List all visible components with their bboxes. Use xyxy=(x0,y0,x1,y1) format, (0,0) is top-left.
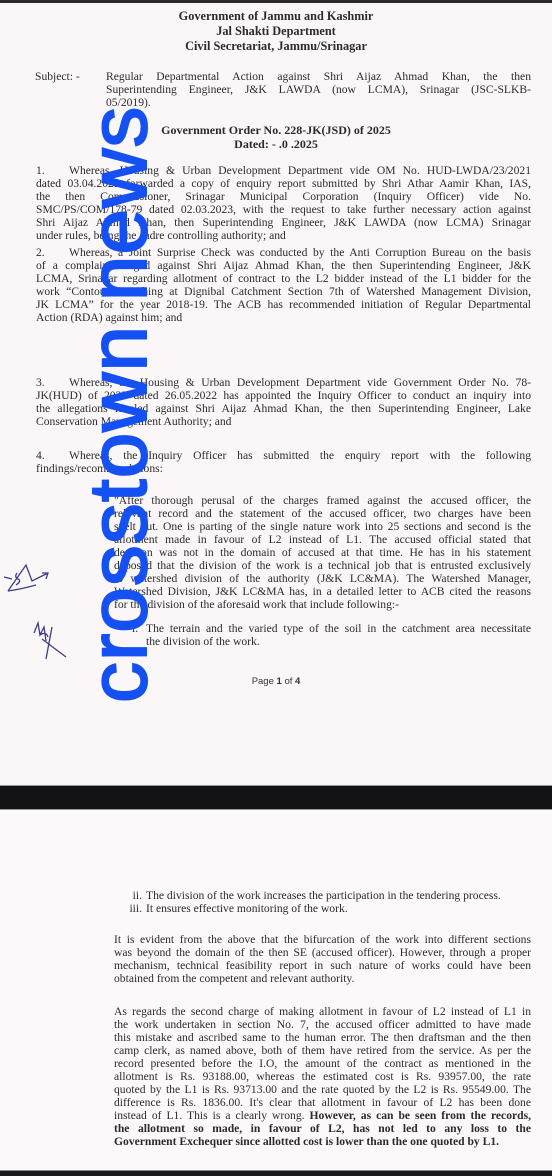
quote-line: It is evident from the above that the bi… xyxy=(114,933,531,946)
quote-text: instead of L1. This is a clearly wrong. xyxy=(114,1109,310,1122)
quote-line: the work undertaken in section No. 7, th… xyxy=(114,1018,531,1031)
document-page-1: Government of Jammu and Kashmir Jal Shak… xyxy=(0,3,552,785)
quote-line: was beyond the domain of the then SE (ac… xyxy=(114,946,531,959)
quote-line: As regards the second charge of making a… xyxy=(114,1005,531,1018)
quote-line: Watershed Division, J&K LC&MA has, in a … xyxy=(114,585,531,598)
quote-line: allotment is Rs. 93188.00, whereas the e… xyxy=(114,1070,531,1083)
quote-bold-line: the allotment so made, in favour of L2, … xyxy=(114,1122,531,1135)
quote-bold-line: Government Exchequer since allotted cost… xyxy=(114,1135,531,1148)
reason-marker: iii. xyxy=(118,902,142,915)
quote-line: quoted by the L1 is Rs. 93713.00 and the… xyxy=(114,1083,531,1096)
reason-line: The terrain and the varied type of the s… xyxy=(146,622,531,635)
quote-line: for the division of the aforesaid work t… xyxy=(114,598,531,611)
quote-line: deposed that the division of the work is… xyxy=(114,559,531,572)
paragraph-number: 1. xyxy=(36,164,45,177)
crosstown-news-watermark: crosstown news xyxy=(78,106,160,703)
paragraph-number: 4. xyxy=(36,449,45,462)
quote-line: to watershed division of the authority (… xyxy=(114,572,531,585)
subject-line: Regular Departmental Action against Shri… xyxy=(106,70,531,83)
reason-line: The division of the work increases the p… xyxy=(146,889,501,902)
quote-line: this mistake and ascribed same to the hu… xyxy=(114,1031,531,1044)
quote-line: allotment made in favour of L2 instead o… xyxy=(114,533,531,546)
quote-bold-text: However, as can be seen from the records… xyxy=(310,1109,531,1122)
document-page-2: ii.The division of the work increases th… xyxy=(0,810,552,1170)
quote-line: mechanism, technical feasibility report … xyxy=(114,959,531,972)
quote-line: difference is Rs. 1836.00. It's clear th… xyxy=(114,1096,531,1109)
paragraph-number: 2. xyxy=(36,246,45,259)
quote-line: obtained from the competent and relevant… xyxy=(114,972,531,985)
quote-line: "After thorough perusal of the charges f… xyxy=(114,494,531,507)
paragraph-number: 3. xyxy=(36,376,45,389)
quote-line: camp clerk, as named above, both of them… xyxy=(114,1044,531,1057)
quote-line: record presented before the I.O, the amo… xyxy=(114,1057,531,1070)
quote-line: instead of L1. This is a clearly wrong. … xyxy=(114,1109,531,1122)
subject-line: Superintending Engineer, J&K LAWDA (now … xyxy=(106,83,531,96)
quote-line: spelt out. One is parting of the single … xyxy=(114,520,531,533)
reason-marker: ii. xyxy=(118,889,142,902)
handwritten-initials-mark xyxy=(2,559,54,599)
quote-line: relevant record and the statement of the… xyxy=(114,507,531,520)
header-government: Government of Jammu and Kashmir xyxy=(0,9,552,24)
page-separator xyxy=(0,785,552,810)
header-department: Jal Shakti Department xyxy=(0,24,552,39)
handwritten-signature-mark xyxy=(30,619,74,665)
subject-label: Subject: - xyxy=(35,70,80,83)
reason-line: It ensures effective monitoring of the w… xyxy=(146,902,348,915)
quote-line: decision was not in the domain of accuse… xyxy=(114,546,531,559)
header-secretariat: Civil Secretariat, Jammu/Srinagar xyxy=(0,39,552,54)
bottom-separator xyxy=(0,1170,552,1176)
